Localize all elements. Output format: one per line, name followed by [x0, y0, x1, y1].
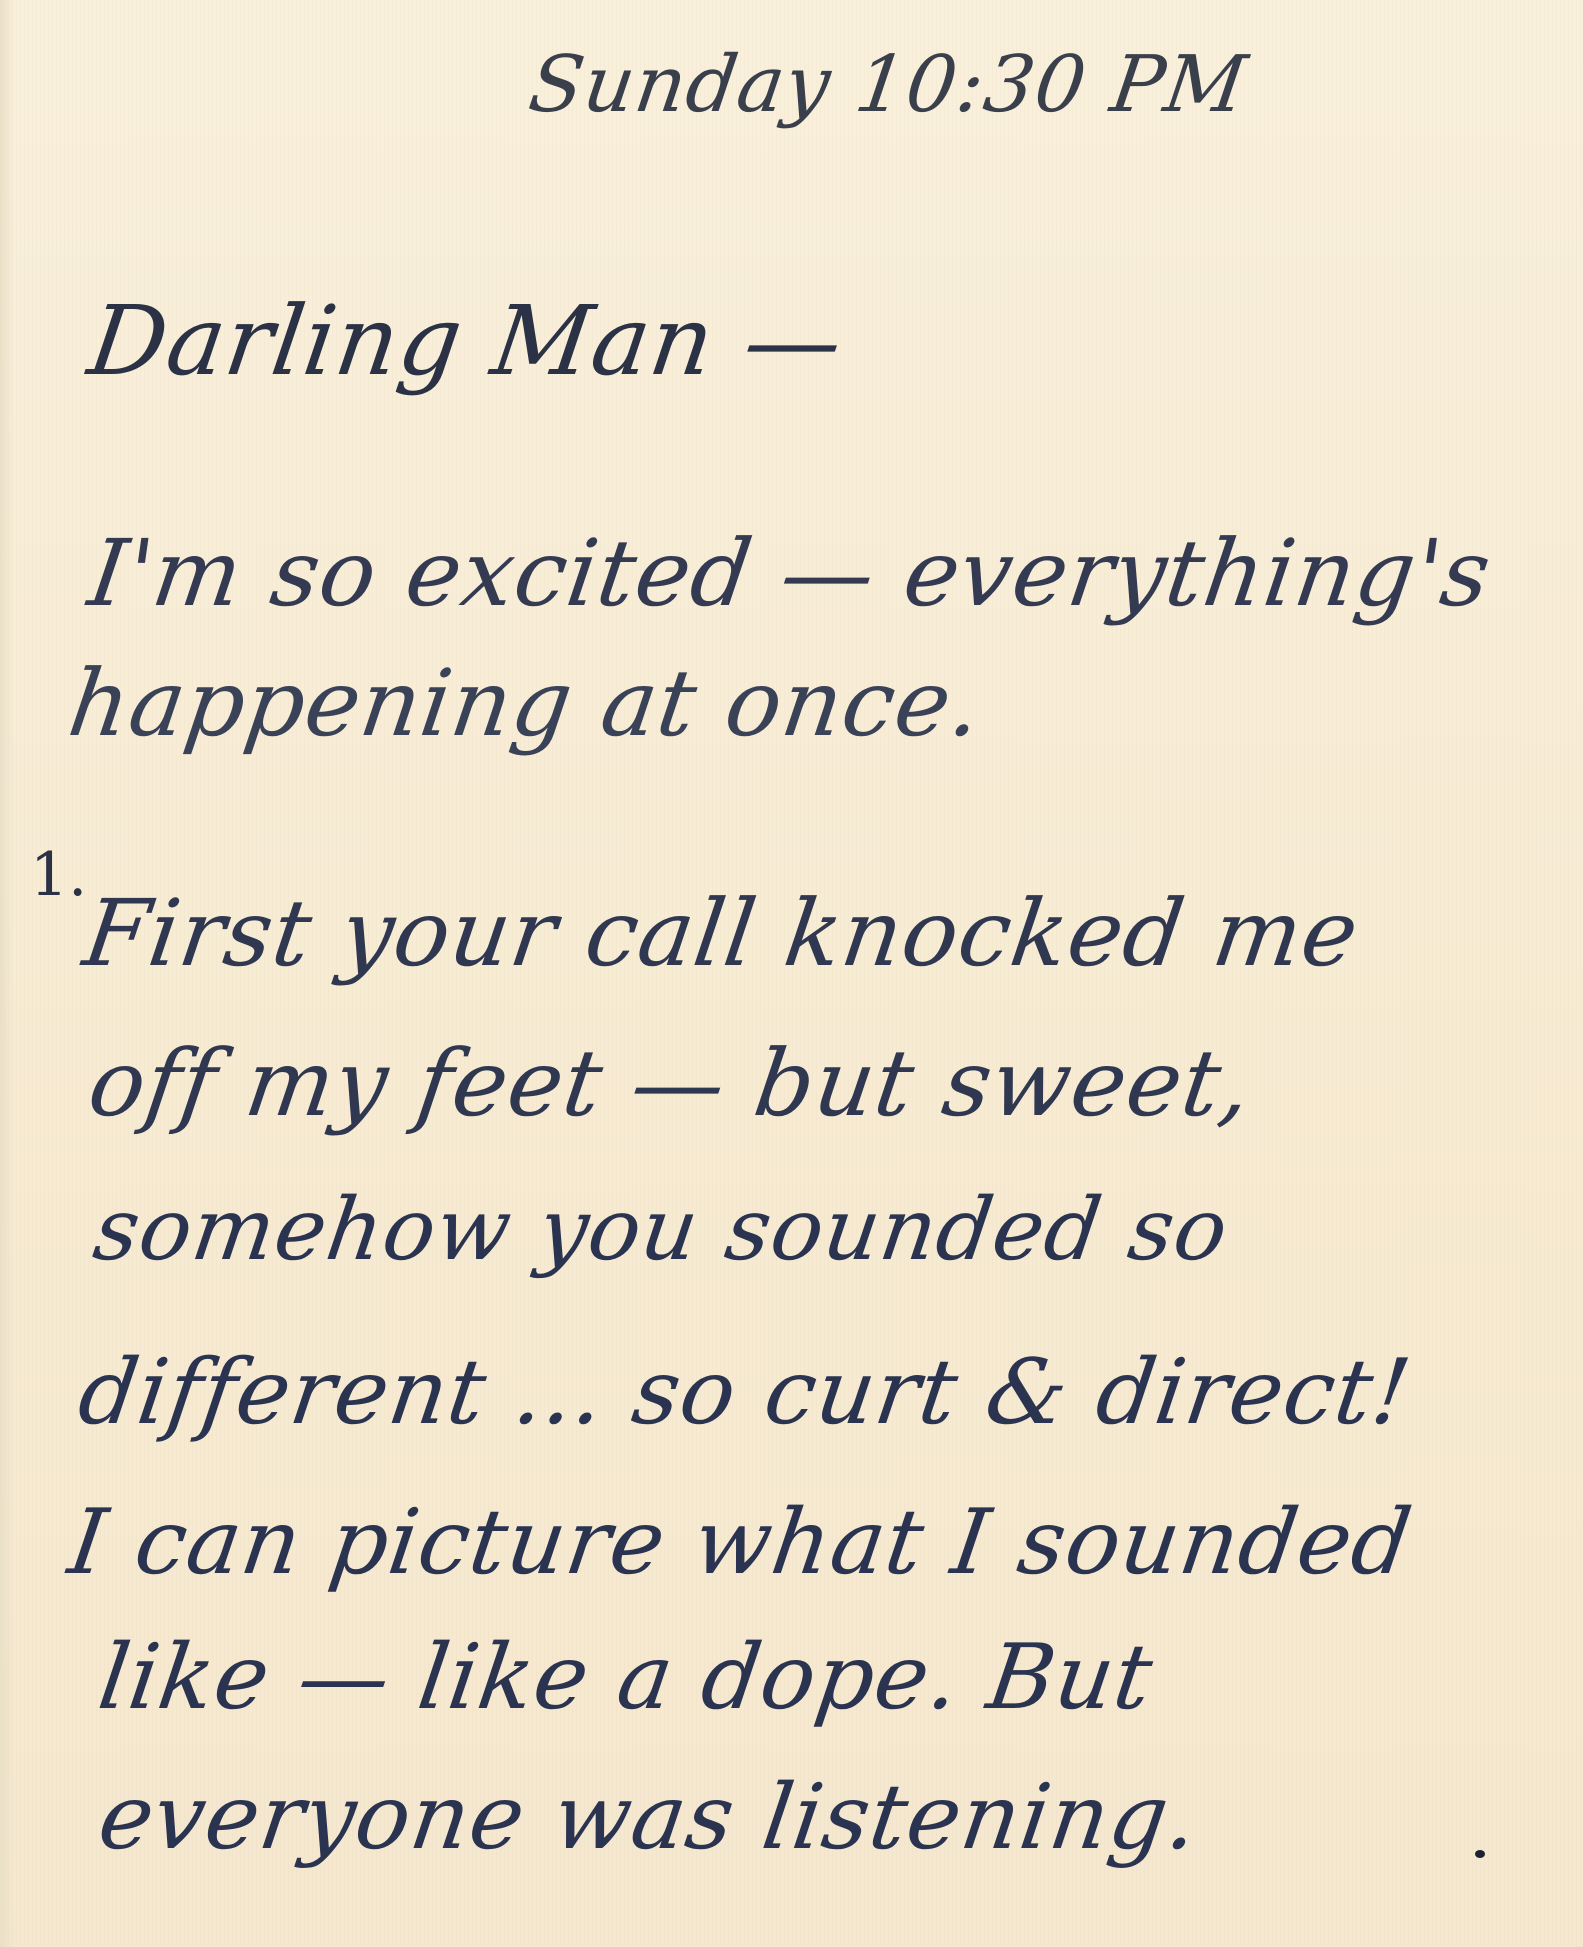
letter-line-6: different ... so curt & direct!	[73, 1340, 1418, 1445]
letter-line-5: somehow you sounded so	[88, 1180, 1235, 1280]
list-marker: 1.	[30, 840, 87, 910]
letter-line-1: I'm so excited — everything's	[82, 520, 1497, 627]
letter-line-9: everyone was listening.	[93, 1765, 1206, 1870]
letter-line-3: First your call knocked me	[77, 880, 1365, 987]
letter-line-7: I can picture what I sounded	[63, 1490, 1419, 1595]
paper-edge	[0, 0, 14, 1947]
letter-line-8: like — like a dope. But	[93, 1625, 1160, 1730]
letter-line-2: happening at once.	[62, 650, 988, 757]
salutation: Darling Man —	[82, 285, 850, 397]
letter-page: Sunday 10:30 PM Darling Man — I'm so exc…	[0, 0, 1583, 1947]
date-line: Sunday 10:30 PM	[524, 40, 1253, 130]
ink-dot	[1475, 1850, 1485, 1858]
letter-line-4: off my feet — but sweet,	[82, 1030, 1258, 1137]
